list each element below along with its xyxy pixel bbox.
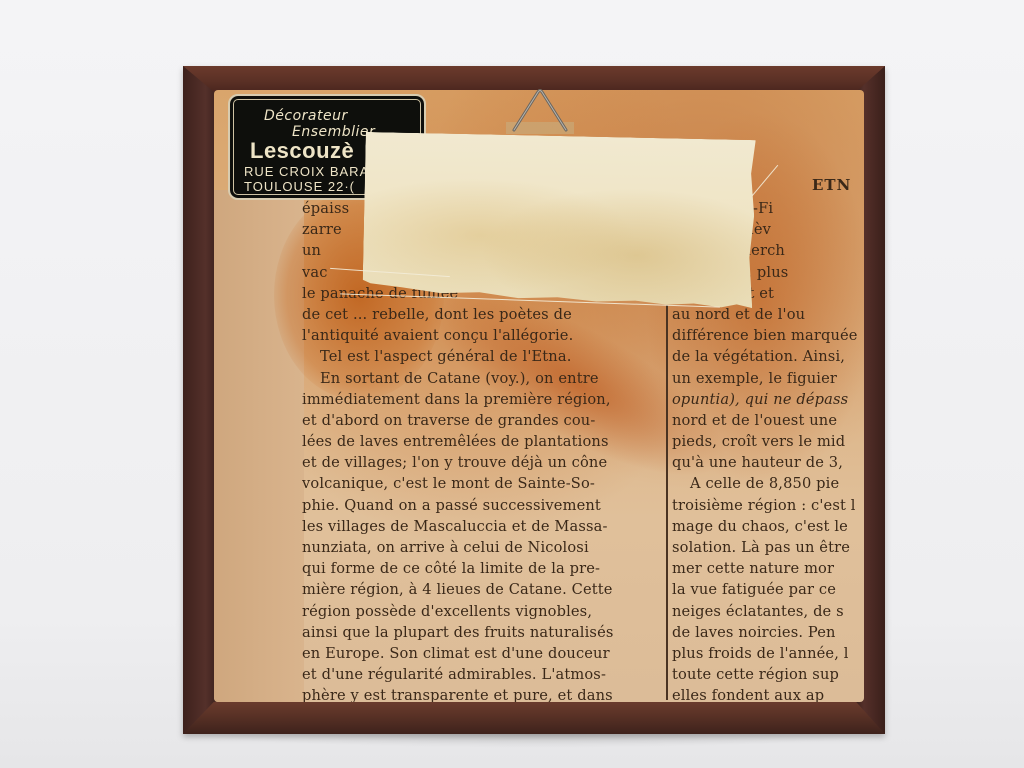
text-line: la vue fatiguée par ce [672,579,864,600]
text-line: mière région, à 4 lieues de Catane. Cett… [302,579,662,600]
text-line: et de villages; l'on y trouve déjà un cô… [302,452,662,473]
text-line: qui forme de ce côté la limite de la pre… [302,558,662,579]
text-line: phère y est transparente et pure, et dan… [302,685,662,702]
text-line: A celle de 8,850 pie [672,473,864,494]
text-line: nunziata, on arrive à celui de Nicolosi [302,537,662,558]
text-line: pieds, croît vers le mid [672,431,864,452]
text-line: région possède d'excellents vignobles, [302,601,662,622]
frame-edge-bottom [183,702,885,734]
text-line: Tel est l'aspect général de l'Etna. [302,346,662,367]
text-line: phie. Quand on a passé successivement [302,495,662,516]
column-rule [666,305,668,700]
text-line: un exemple, le figuier [672,368,864,389]
text-line: elles fondent aux ap [672,685,864,702]
label-address-street: RUE CROIX BARA [244,164,369,179]
text-line: immédiatement dans la première région, [302,389,662,410]
text-line: En sortant de Catane (voy.), on entre [302,368,662,389]
label-brand: Lescouzè [250,138,354,164]
text-line: l'antiquité avaient conçu l'allégorie. [302,325,662,346]
text-line: et d'abord on traverse de grandes cou- [302,410,662,431]
text-line: plus froids de l'année, l [672,643,864,664]
text-line: ainsi que la plupart des fruits naturali… [302,622,662,643]
text-line: mage du chaos, c'est le [672,516,864,537]
text-line: nord et de l'ouest une [672,410,864,431]
text-line: les villages de Mascaluccia et de Massa- [302,516,662,537]
text-line: de cet ... rebelle, dont les poètes de [302,304,662,325]
text-line: solation. Là pas un être [672,537,864,558]
text-line: différence bien marquée [672,325,864,346]
text-line: lées de laves entremêlées de plantations [302,431,662,452]
frame-edge-left [183,66,215,734]
text-line: au nord et de l'ou [672,304,864,325]
running-head: ETN [812,176,851,194]
text-line: opuntia), qui ne dépass [672,389,864,410]
text-line: mer cette nature mor [672,558,864,579]
text-line: de laves noircies. Pen [672,622,864,643]
label-address-city: TOULOUSE 22·( [244,179,355,194]
cloth-tape [362,132,755,308]
text-line: toute cette région sup [672,664,864,685]
text-line: en Europe. Son climat est d'une douceur [302,643,662,664]
hanger-icon [500,86,580,138]
text-line: troisième région : c'est l [672,495,864,516]
text-line: neiges éclatantes, de s [672,601,864,622]
text-line: et d'une régularité admirables. L'atmos- [302,664,662,685]
text-line: qu'à une hauteur de 3, [672,452,864,473]
text-line: volcanique, c'est le mont de Sainte-So- [302,473,662,494]
label-line-decorateur: Décorateur [264,108,348,124]
text-line: de la végétation. Ainsi, [672,346,864,367]
